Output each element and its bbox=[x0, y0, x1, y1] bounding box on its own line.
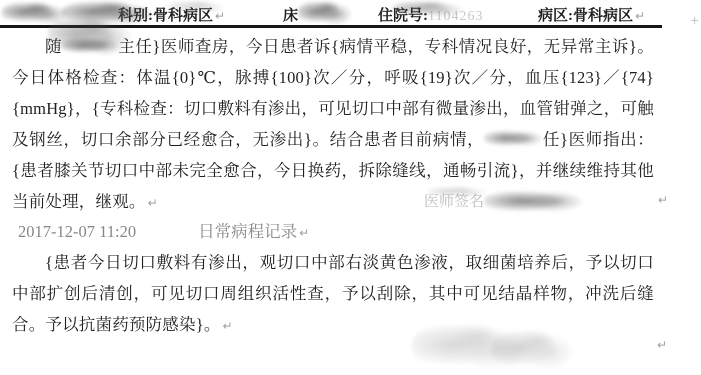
field-department: 科别:骨科病区↵ bbox=[118, 4, 225, 25]
ward-value: 骨科病区 bbox=[573, 8, 633, 24]
paragraph-mark-icon: ↵ bbox=[635, 9, 645, 23]
entry-body-text: {患者今日切口敷料有渗出，观切口中部右淡黄色渗液，取细菌培养后，予以切口中部扩创… bbox=[12, 253, 654, 334]
physician-signature-line: 医师签名 bbox=[424, 189, 582, 219]
paragraph-mark-icon: ↵ bbox=[215, 9, 225, 23]
entry-title: 日常病程记录 bbox=[198, 222, 297, 241]
department-value: 骨科病区 bbox=[153, 8, 213, 24]
medical-record-page: 科别:骨科病区↵ 床 住院号:1104263 病区:骨科病区↵ + 随主任}医师… bbox=[0, 0, 701, 375]
department-label: 科别: bbox=[118, 8, 153, 24]
note-text: 随 bbox=[45, 37, 62, 56]
signature-label: 医师签名 bbox=[424, 194, 484, 210]
entry-heading: 2017-12-07 11:20日常病程记录↵ bbox=[18, 216, 309, 249]
paragraph-mark-icon: ↵ bbox=[148, 196, 158, 210]
paragraph-mark-icon: ↵ bbox=[223, 319, 233, 333]
redaction-smudge bbox=[484, 129, 542, 148]
redaction-smudge bbox=[62, 36, 118, 55]
paragraph-mark-icon: ↵ bbox=[299, 226, 309, 240]
bed-label: 床 bbox=[283, 8, 298, 24]
stray-cross-mark: + bbox=[690, 14, 699, 27]
entry-datetime: 2017-12-07 11:20 bbox=[18, 222, 136, 241]
entry-body-paragraph: {患者今日切口敷料有渗出，观切口中部右淡黄色渗液，取细菌培养后，予以切口中部扩创… bbox=[12, 247, 654, 342]
paragraph-mark-icon: ↵ bbox=[657, 338, 667, 352]
admission-number-value: 1104263 bbox=[428, 9, 483, 24]
field-bed: 床 bbox=[283, 4, 298, 25]
field-admission-number: 住院号:1104263 bbox=[378, 4, 483, 25]
admission-number-label: 住院号: bbox=[378, 8, 428, 24]
record-header: 科别:骨科病区↵ 床 住院号:1104263 病区:骨科病区↵ bbox=[0, 0, 662, 28]
field-ward: 病区:骨科病区↵ bbox=[538, 4, 645, 25]
signature-stamp-smudge bbox=[484, 189, 582, 214]
paragraph-mark-icon: ↵ bbox=[658, 193, 668, 207]
ward-label: 病区: bbox=[538, 8, 573, 24]
